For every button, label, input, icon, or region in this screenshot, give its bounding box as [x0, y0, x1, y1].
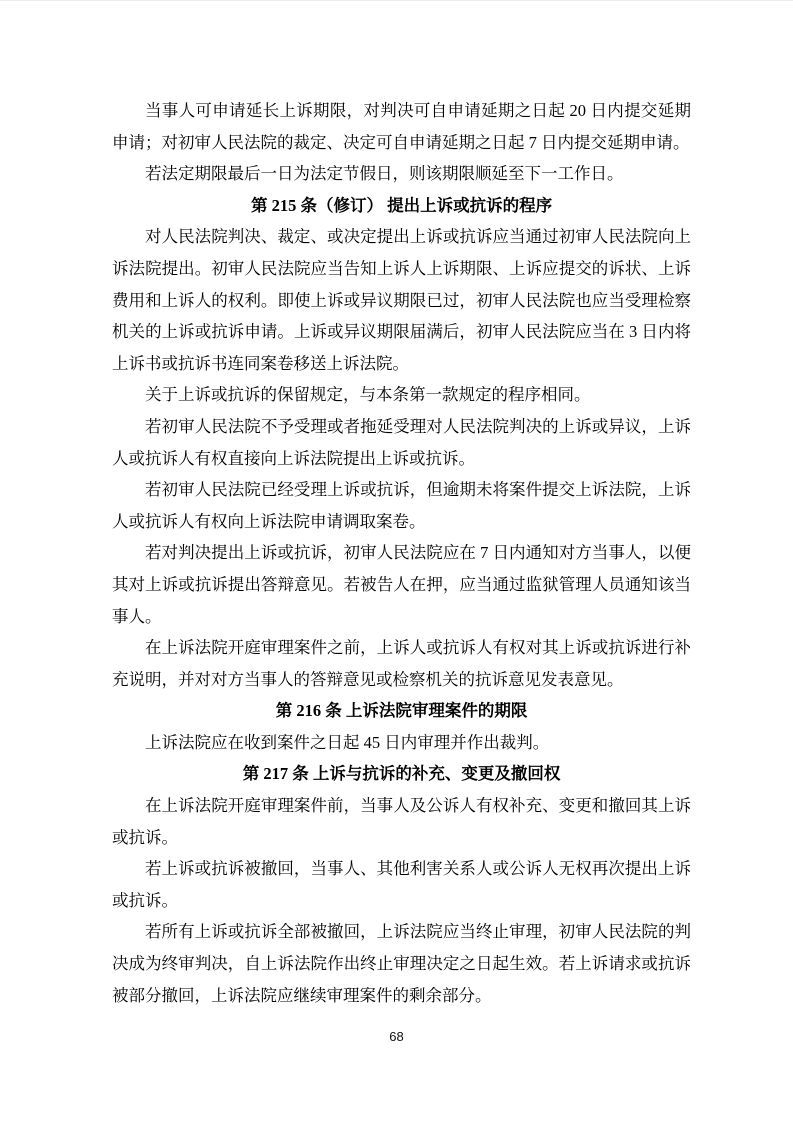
body-paragraph: 对人民法院判决、裁定、或决定提出上诉或抗诉应当通过初审人民法院向上诉法院提出。初… [112, 221, 691, 379]
article-heading: 第 217 条 上诉与抗诉的补充、变更及撤回权 [112, 758, 691, 790]
body-paragraph: 关于上诉或抗诉的保留规定，与本条第一款规定的程序相同。 [112, 379, 691, 411]
article-heading: 第 216 条 上诉法院审理案件的期限 [112, 695, 691, 727]
article-heading: 第 215 条（修订） 提出上诉或抗诉的程序 [112, 190, 691, 222]
body-paragraph: 若法定期限最后一日为法定节假日，则该期限顺延至下一工作日。 [112, 158, 691, 190]
body-paragraph: 若初审人民法院不予受理或者拖延受理对人民法院判决的上诉或异议，上诉人或抗诉人有权… [112, 411, 691, 474]
body-paragraph: 当事人可申请延长上诉期限，对判决可自申请延期之日起 20 日内提交延期申请；对初… [112, 95, 691, 158]
document-page: 当事人可申请延长上诉期限，对判决可自申请延期之日起 20 日内提交延期申请；对初… [0, 0, 793, 1122]
body-paragraph: 若初审人民法院已经受理上诉或抗诉，但逾期未将案件提交上诉法院，上诉人或抗诉人有权… [112, 474, 691, 537]
page-number: 68 [0, 1029, 793, 1044]
body-paragraph: 若对判决提出上诉或抗诉，初审人民法院应在 7 日内通知对方当事人，以便其对上诉或… [112, 537, 691, 632]
body-paragraph: 若所有上诉或抗诉全部被撤回，上诉法院应当终止审理，初审人民法院的判决成为终审判决… [112, 916, 691, 1011]
document-body: 当事人可申请延长上诉期限，对判决可自申请延期之日起 20 日内提交延期申请；对初… [112, 95, 691, 1011]
body-paragraph: 上诉法院应在收到案件之日起 45 日内审理并作出裁判。 [112, 727, 691, 759]
body-paragraph: 在上诉法院开庭审理案件前，当事人及公诉人有权补充、变更和撤回其上诉或抗诉。 [112, 790, 691, 853]
body-paragraph: 若上诉或抗诉被撤回，当事人、其他利害关系人或公诉人无权再次提出上诉或抗诉。 [112, 853, 691, 916]
body-paragraph: 在上诉法院开庭审理案件之前，上诉人或抗诉人有权对其上诉或抗诉进行补充说明，并对对… [112, 632, 691, 695]
